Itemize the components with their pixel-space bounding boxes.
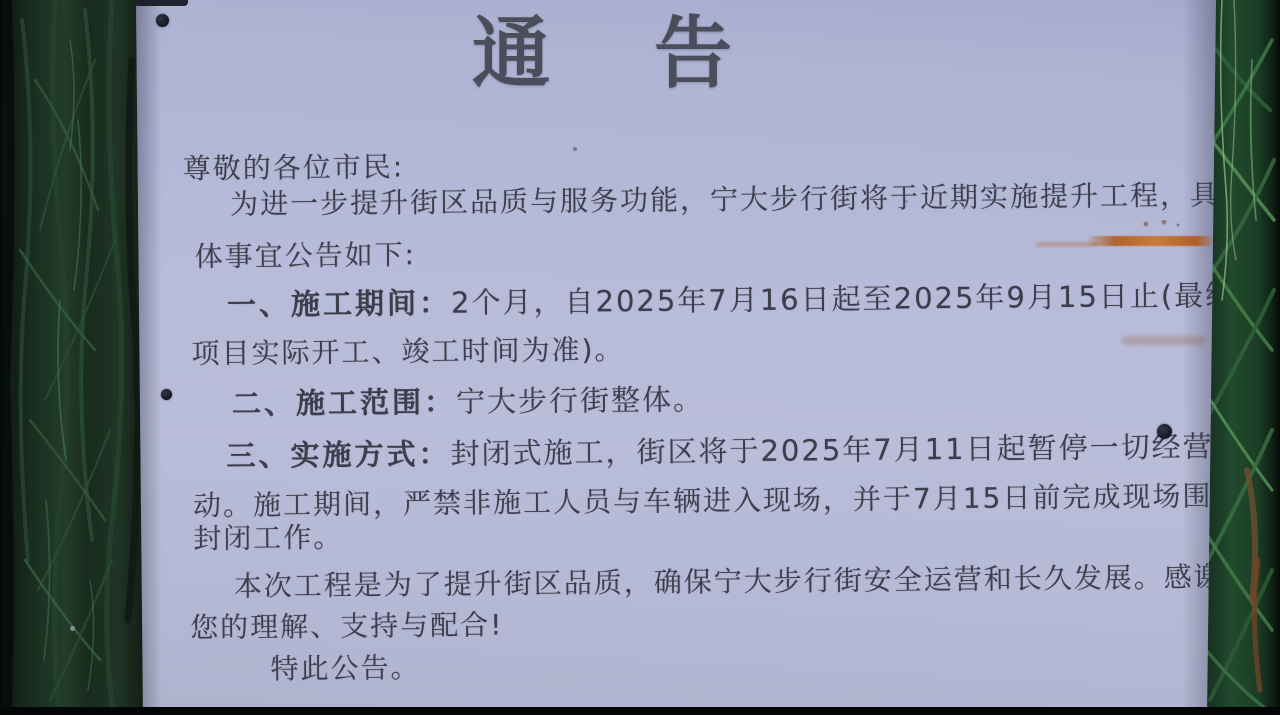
notice-line: 二、施工范围：宁大步行街整体。	[232, 382, 704, 421]
rivet-dot	[1157, 424, 1172, 439]
rust-stain	[1122, 336, 1206, 345]
photo-root: 通告 尊敬的各位市民: 为进一步提升街区品质与服务功能，宁大步行街将于近期实施提…	[0, 0, 1280, 715]
letterbox-bar	[0, 707, 1280, 715]
rust-stain	[1140, 220, 1186, 228]
dust-speck	[573, 147, 577, 151]
dust-speck	[905, 200, 908, 203]
notice-line: 本次工程是为了提升街区品质，确保宁大步行街安全运营和长久发展。感谢	[234, 560, 1224, 603]
notice-line: 动。施工期间，严禁非施工人员与车辆进入现场，并于7月15日前完成现场围挡	[193, 479, 1243, 523]
notice-line: 体事宜公告如下:	[194, 238, 416, 274]
rivet-dot	[156, 14, 169, 27]
notice-sign: 通告 尊敬的各位市民: 为进一步提升街区品质与服务功能，宁大步行街将于近期实施提…	[0, 0, 1280, 715]
dust-speck	[70, 626, 75, 631]
notice-line: 一、施工期间：2个月，自2025年7月16日起至2025年9月15日止(最终以	[227, 278, 1267, 323]
notice-line: 为进一步提升街区品质与服务功能，宁大步行街将于近期实施提升工程，具	[230, 178, 1220, 221]
notice-line: 您的理解、支持与配合!	[190, 608, 504, 645]
notice-line: 三、实施方式：封闭式施工，街区将于2025年7月11日起暂停一切经营活	[226, 429, 1244, 474]
notice-line: 项目实际开工、竣工时间为准)。	[191, 333, 624, 371]
rivet-dot	[161, 389, 172, 400]
rust-stain	[1088, 236, 1212, 246]
notice-line: 封闭工作。	[193, 521, 343, 556]
notice-body: 尊敬的各位市民: 为进一步提升街区品质与服务功能，宁大步行街将于近期实施提升工程…	[0, 0, 1280, 715]
notice-line: 尊敬的各位市民:	[183, 150, 405, 186]
notice-line: 特此公告。	[270, 651, 420, 686]
